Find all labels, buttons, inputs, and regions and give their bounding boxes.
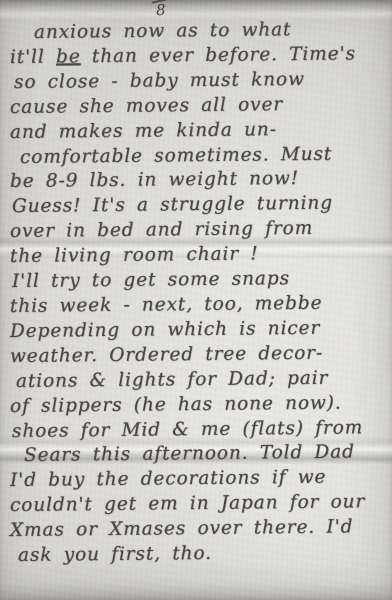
letter-body: anxious now as to whatit'll be than ever… <box>10 21 388 569</box>
letter-line: this week - next, too, mebbe <box>10 291 388 320</box>
letter-line: weather. Ordered tree decor- <box>10 341 388 370</box>
letter-line: and makes me kinda un- <box>10 117 388 146</box>
letter-line: Depending on which is nicer <box>10 316 388 345</box>
letter-line: ask you first, tho. <box>18 540 388 569</box>
letter-line: cause she moves all over <box>10 92 388 121</box>
paper-bottom-edge <box>0 584 392 600</box>
page-number: 8 <box>155 1 166 20</box>
letter-line: of slippers (he has none now). <box>10 391 388 420</box>
letter-line: it'll be than ever before. Time's <box>10 42 388 71</box>
letter-line: ations & lights for Dad; pair <box>16 366 388 395</box>
letter-line: so close - baby must know <box>14 67 388 96</box>
letter-line: Xmas or Xmases over there. I'd <box>10 515 388 544</box>
letter-page: 8 anxious now as to whatit'll be than ev… <box>0 0 392 600</box>
